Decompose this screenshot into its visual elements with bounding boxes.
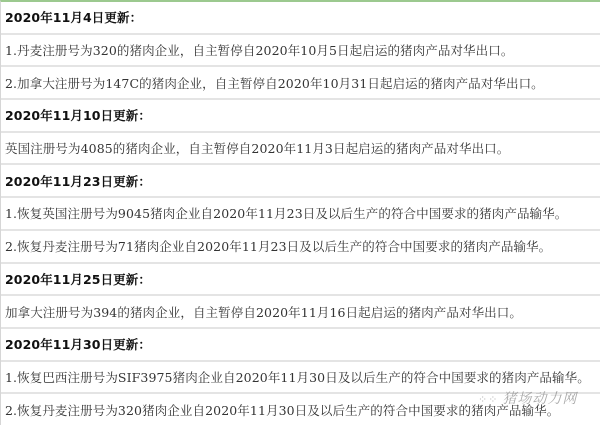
list-item: 2.恢复丹麦注册号为71猪肉企业自2020年11月23日及以后生产的符合中国要求… bbox=[1, 231, 600, 264]
list-item: 2.加拿大注册号为147C的猪肉企业，自主暂停自2020年10月31日起启运的猪… bbox=[1, 67, 600, 100]
section-heading-nov10: 2020年11月10日更新： bbox=[1, 100, 600, 133]
list-item: 2.恢复丹麦注册号为320猪肉企业自2020年11月30日及以后生产的符合中国要… bbox=[1, 394, 600, 425]
list-item: 加拿大注册号为394的猪肉企业，自主暂停自2020年11月16日起启运的猪肉产品… bbox=[1, 296, 600, 329]
section-heading-nov23: 2020年11月23日更新： bbox=[1, 165, 600, 198]
list-item: 1.丹麦注册号为320的猪肉企业，自主暂停自2020年10月5日起启运的猪肉产品… bbox=[1, 35, 600, 68]
section-heading-nov30: 2020年11月30日更新： bbox=[1, 329, 600, 362]
list-item: 1.恢复英国注册号为9045猪肉企业自2020年11月23日及以后生产的符合中国… bbox=[1, 198, 600, 231]
list-item: 英国注册号为4085的猪肉企业，自主暂停自2020年11月3日起启运的猪肉产品对… bbox=[1, 133, 600, 166]
update-table: 2020年11月4日更新： 1.丹麦注册号为320的猪肉企业，自主暂停自2020… bbox=[0, 0, 600, 425]
list-item: 1.恢复巴西注册号为SIF3975猪肉企业自2020年11月30日及以后生产的符… bbox=[1, 362, 600, 395]
section-heading-nov4: 2020年11月4日更新： bbox=[1, 2, 600, 35]
section-heading-nov25: 2020年11月25日更新： bbox=[1, 264, 600, 297]
